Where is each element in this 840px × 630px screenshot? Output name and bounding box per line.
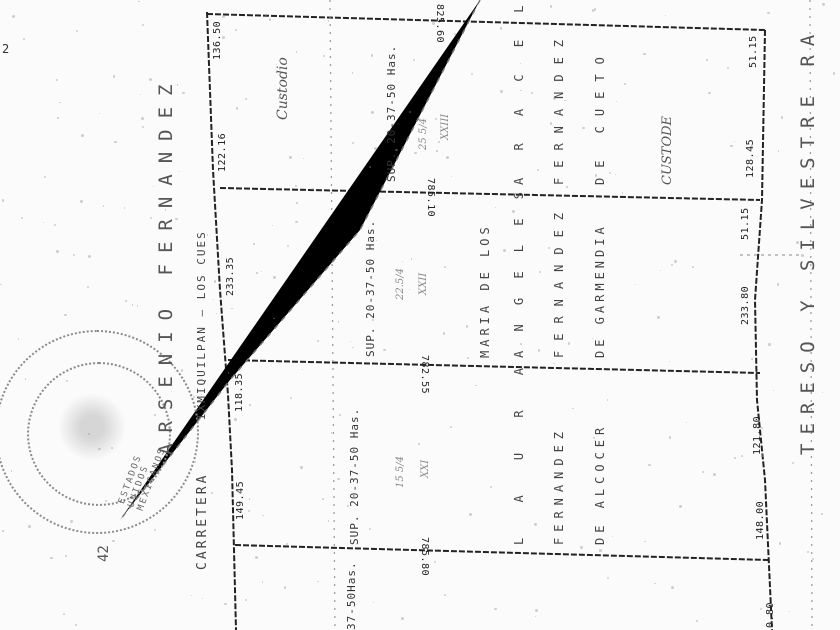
scan-noise <box>181 369 183 371</box>
scan-noise <box>236 107 238 109</box>
divider-measure-1: 785.80 <box>419 537 430 576</box>
scan-noise <box>517 40 519 42</box>
measure-left-top: 136.50 <box>212 21 223 60</box>
corner-mark: 2 <box>2 42 9 56</box>
handwritten-xxii: XXII <box>418 273 429 295</box>
scan-noise <box>512 210 515 213</box>
measure-right-148: 148.00 <box>755 501 766 540</box>
scan-noise <box>141 117 144 120</box>
scan-noise <box>114 141 116 143</box>
scan-noise <box>76 30 78 32</box>
scan-noise <box>295 221 298 224</box>
scan-noise <box>59 102 60 103</box>
scan-noise <box>471 73 473 75</box>
scan-noise <box>138 1 139 2</box>
scan-noise <box>256 272 257 273</box>
scan-noise <box>112 540 114 542</box>
scan-noise <box>262 581 263 582</box>
scan-noise <box>317 340 319 342</box>
lot-1-owner-line-3: DE ALCOCER <box>593 423 607 545</box>
scan-noise <box>734 141 735 142</box>
scan-noise <box>801 254 804 257</box>
lot-1-surface: SUP. 20-37-50 Has. <box>348 408 361 545</box>
scan-noise <box>300 466 302 468</box>
scan-noise <box>438 141 440 143</box>
divider-measure-4: 825.60 <box>434 4 445 43</box>
scan-noise <box>414 152 417 155</box>
scan-noise <box>75 624 77 626</box>
scan-noise <box>671 264 673 266</box>
scan-noise <box>177 84 178 85</box>
scan-noise <box>352 347 353 348</box>
scan-noise <box>466 325 469 328</box>
handwritten-custode: CUSTODE <box>660 116 675 185</box>
seal-number: 42 <box>96 545 112 562</box>
measure-left-149: 149.45 <box>235 481 246 520</box>
scan-noise <box>296 202 298 204</box>
measure-right-51: 51.15 <box>748 35 759 68</box>
lot-2-owner-line-4: DE GARMENDIA <box>593 223 607 358</box>
scan-noise <box>57 117 58 118</box>
lot-0-surface-partial: 37-50Has. <box>345 561 358 630</box>
scan-noise <box>28 525 31 528</box>
scan-noise <box>81 134 84 137</box>
handwritten-note-3: 15 5/4 <box>395 456 406 488</box>
scan-noise <box>137 305 138 306</box>
scan-noise <box>214 280 216 282</box>
scan-noise <box>372 319 373 320</box>
scan-noise <box>171 391 172 392</box>
scan-noise <box>553 363 555 365</box>
scan-noise <box>411 258 412 259</box>
lot-3-owner-line-3: DE CUETO <box>593 47 607 185</box>
scan-noise <box>494 608 496 610</box>
scan-noise <box>696 620 698 622</box>
scan-noise <box>741 455 743 457</box>
lot-boundaries <box>0 0 840 630</box>
scan-noise <box>643 53 645 55</box>
scan-noise <box>593 437 595 439</box>
scan-noise <box>751 358 753 360</box>
scan-noise <box>338 321 340 323</box>
scan-noise <box>568 342 570 344</box>
scan-noise <box>669 436 672 439</box>
lot-1-owner-line-2: FERNANDEZ <box>552 426 566 545</box>
scan-noise <box>239 492 241 494</box>
scan-noise <box>352 72 353 73</box>
lot-3-owner-line-1: A R A C E L I <box>512 0 526 185</box>
scan-noise <box>761 454 764 457</box>
scan-noise <box>671 586 674 589</box>
scan-noise <box>12 15 15 18</box>
measure-left-233: 233.35 <box>225 257 236 296</box>
scan-noise <box>374 147 377 150</box>
scan-noise <box>11 470 12 471</box>
scan-noise <box>322 498 324 500</box>
road-label-carretera: CARRETERA <box>195 473 210 570</box>
scan-noise <box>111 447 113 449</box>
scan-noise <box>56 79 58 81</box>
road-name: IXMIQUILPAN — LOS CUES <box>195 230 208 420</box>
measure-left-mid: 122.16 <box>217 133 228 172</box>
scan-noise <box>713 473 716 476</box>
scan-noise <box>2 530 3 531</box>
scan-noise <box>451 176 452 177</box>
scan-noise <box>339 414 341 416</box>
north-owner-name: ARSENIO FERNANDEZ <box>155 74 177 455</box>
scan-noise <box>224 603 226 605</box>
scan-noise <box>269 18 271 20</box>
scan-noise <box>435 118 437 120</box>
scan-noise <box>520 343 522 345</box>
handwritten-note-1: 25 5/4 <box>418 118 429 150</box>
scan-noise <box>413 59 415 61</box>
scan-noise <box>249 404 250 405</box>
scan-noise <box>781 116 783 118</box>
scan-noise <box>376 240 377 241</box>
lot-2-owner-line-1: MARIA DE LOS <box>478 223 492 358</box>
scan-noise <box>66 380 68 382</box>
scan-noise <box>624 83 625 84</box>
scan-noise <box>278 97 280 99</box>
scan-noise <box>534 523 537 526</box>
scan-noise <box>249 498 250 499</box>
scan-noise <box>265 14 267 16</box>
scan-noise <box>88 433 90 435</box>
south-owner-name: TERESO Y SILVESTRE RA <box>797 26 819 455</box>
scan-noise <box>231 308 232 309</box>
scan-noise <box>692 266 694 268</box>
scan-noise <box>253 243 254 244</box>
scan-noise <box>467 357 469 359</box>
scan-noise <box>444 594 446 596</box>
scan-noise <box>469 513 471 515</box>
scan-noise <box>216 313 217 314</box>
seal-emblem-icon <box>52 387 132 467</box>
measure-right-edge: 0.80 <box>765 602 776 628</box>
lot-3-surface: SUP. 20-37-50 Has. <box>385 45 398 182</box>
scan-noise <box>70 520 73 523</box>
scan-noise <box>733 370 735 372</box>
scan-noise <box>234 418 237 421</box>
scan-noise <box>284 586 286 588</box>
measure-right-121: 121.80 <box>752 416 763 455</box>
scan-noise <box>18 338 19 339</box>
scan-noise <box>44 176 46 178</box>
scan-noise <box>615 174 616 175</box>
scan-noise <box>548 247 550 249</box>
scan-noise <box>124 207 125 208</box>
scan-noise <box>65 555 67 557</box>
scan-noise <box>331 432 332 433</box>
scan-noise <box>125 300 126 301</box>
measure-left-118: 118.35 <box>234 373 245 412</box>
scan-noise <box>105 500 107 502</box>
scan-noise <box>767 12 769 14</box>
scan-noise <box>616 101 617 102</box>
scan-noise <box>273 276 276 279</box>
scan-noise <box>595 174 598 177</box>
scan-noise <box>193 396 195 398</box>
scan-noise <box>56 250 59 253</box>
lot-2-owner-line-3: FERNANDEZ <box>552 203 566 358</box>
scan-noise <box>500 27 502 29</box>
scan-noise <box>434 561 436 563</box>
scan-noise <box>436 150 437 151</box>
scan-noise <box>833 72 836 75</box>
handwritten-custodio: Custodio <box>275 57 291 120</box>
scan-noise <box>657 316 660 319</box>
scan-noise <box>822 3 824 5</box>
scan-noise <box>175 218 178 221</box>
scan-noise <box>730 145 732 147</box>
handwritten-note-2: 22.5/4 <box>395 268 406 300</box>
handwritten-xxiii: XXIII <box>440 114 451 140</box>
scan-noise <box>777 283 780 286</box>
scan-noise <box>796 241 799 244</box>
scan-noise <box>566 186 567 187</box>
scan-noise <box>50 557 52 559</box>
scan-noise <box>23 38 25 40</box>
scan-noise <box>654 583 655 584</box>
scan-noise <box>416 19 417 20</box>
lot-3-owner-line-2: FERNANDEZ <box>552 30 566 185</box>
lot-1-owner-line-1: L A U R A <box>512 354 526 545</box>
scan-noise <box>88 255 91 258</box>
scan-noise <box>369 528 371 530</box>
handwritten-xxi: XXI <box>420 460 431 478</box>
measure-right-51b: 51.15 <box>740 207 751 240</box>
scan-noise <box>328 20 329 21</box>
scan-noise <box>383 349 385 351</box>
scan-noise <box>768 343 771 346</box>
scanned-survey-page: ESTADOS UNIDOS MEXICANOS ARSENIO FERNAND… <box>0 0 840 630</box>
scan-noise <box>592 9 594 11</box>
scan-noise <box>564 100 565 101</box>
scan-noise <box>418 443 420 445</box>
scan-noise <box>323 55 325 57</box>
measure-right-233: 233.80 <box>740 286 751 325</box>
scan-noise <box>535 616 536 617</box>
scan-noise <box>622 192 623 193</box>
scan-noise <box>599 549 602 552</box>
scan-noise <box>103 205 104 206</box>
divider-measure-2: 782.55 <box>419 355 430 394</box>
scan-noise <box>674 260 677 263</box>
scan-noise <box>328 520 329 521</box>
scan-noise <box>679 505 682 508</box>
scan-noise <box>80 200 83 203</box>
scan-noise <box>54 224 56 226</box>
scan-noise <box>821 513 823 515</box>
divider-measure-3: 785.10 <box>425 178 436 217</box>
